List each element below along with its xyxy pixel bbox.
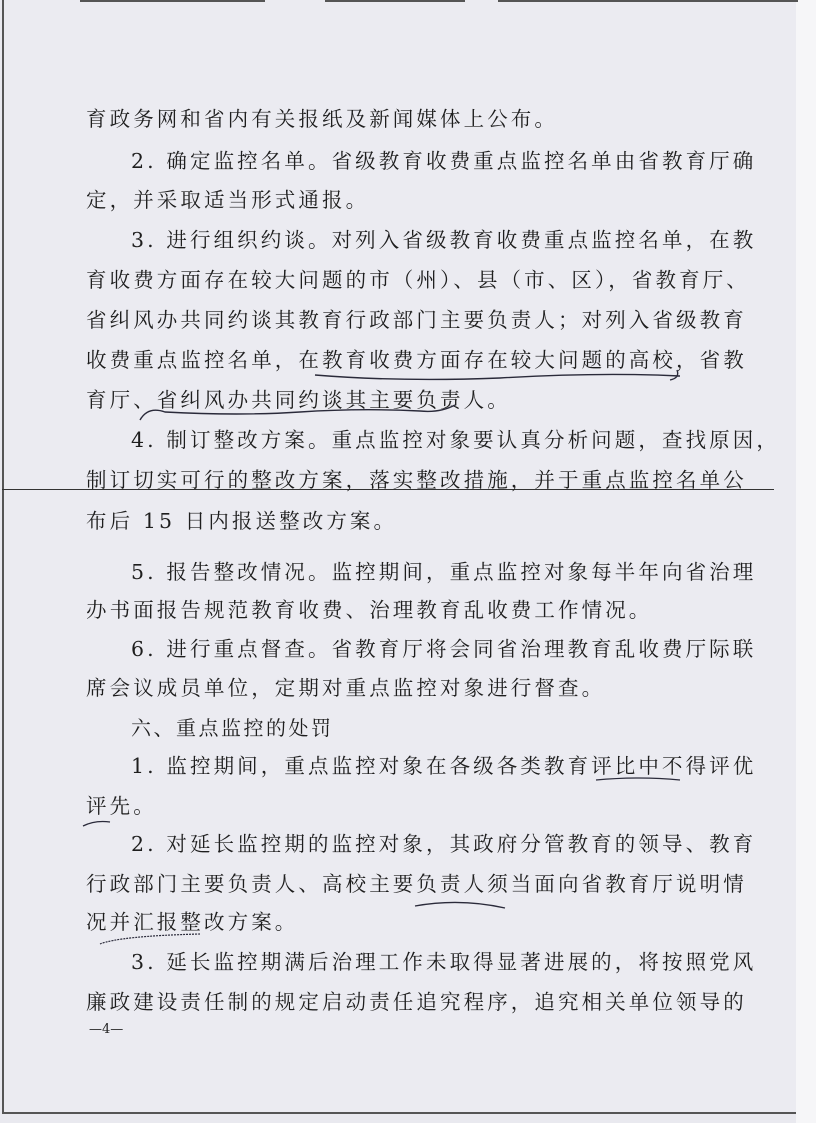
text-line: 布后 15 日内报送整改方案。: [86, 509, 397, 533]
text-line: 况并汇报整改方案。: [86, 910, 298, 934]
text-line: 3. 进行组织约谈。对列入省级教育收费重点监控名单，在教: [131, 228, 756, 252]
text-line: 席会议成员单位，定期对重点监控对象进行督查。: [86, 676, 605, 700]
text-line: 定，并采取适当形式通报。: [86, 188, 369, 212]
text-line: 2. 确定监控名单。省级教育收费重点监控名单由省教育厅确: [131, 149, 756, 173]
text-line: 3. 延长监控期满后治理工作未取得显著进展的，将按照党风: [131, 950, 756, 974]
text-line: 育厅、省纠风办共同约谈其主要负责人。: [86, 388, 511, 412]
text-line: 育收费方面存在较大问题的市（州）、县（市、区），省教育厅、: [86, 268, 750, 292]
text-line: 育政务网和省内有关报纸及新闻媒体上公布。: [86, 107, 558, 131]
text-line: 制订切实可行的整改方案，落实整改措施，并于重点监控名单公: [86, 468, 747, 492]
text-line: 省纠风办共同约谈其教育行政部门主要负责人；对列入省级教育: [86, 308, 747, 332]
section-heading: 六、重点监控的处罚: [131, 716, 334, 740]
text-line: 办书面报告规范教育收费、治理教育乱收费工作情况。: [86, 598, 652, 622]
text-line: 2. 对延长监控期的监控对象，其政府分管教育的领导、教育: [131, 832, 756, 856]
text-line: 1. 监控期间，重点监控对象在各级各类教育评比中不得评优: [131, 754, 756, 778]
text-line: 5. 报告整改情况。监控期间，重点监控对象每半年向省治理: [131, 560, 756, 584]
text-line: 行政部门主要负责人、高校主要负责人须当面向省教育厅说明情: [86, 872, 747, 896]
page-number: —4—: [89, 1022, 123, 1037]
text-line: 4. 制订整改方案。重点监控对象要认真分析问题，查找原因，: [131, 428, 780, 452]
text-line: 廉政建设责任制的规定启动责任追究程序，追究相关单位领导的: [86, 990, 747, 1014]
scan-edge-shadow: [325, 0, 465, 2]
text-line: 评先。: [86, 794, 157, 818]
scan-edge-shadow: [498, 0, 798, 2]
scan-edge-shadow: [175, 0, 265, 2]
scan-margin: [796, 0, 816, 1123]
text-line: 收费重点监控名单，在教育收费方面存在较大问题的高校，省教: [86, 348, 747, 372]
text-line: 6. 进行重点督查。省教育厅将会同省治理教育乱收费厅际联: [131, 637, 756, 661]
